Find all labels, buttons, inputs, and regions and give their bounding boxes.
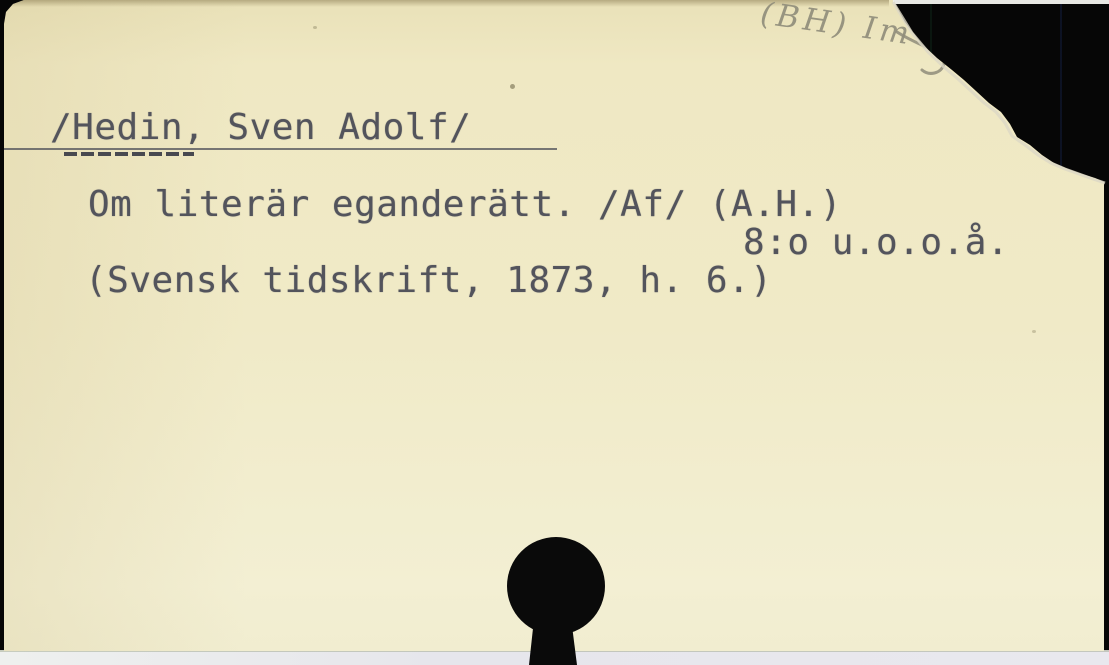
scanned-catalog-card-image: (BH) Im /Hedin, Sven Adolf/ Om literär e… [0, 0, 1109, 665]
heading-name-underline [64, 152, 194, 156]
card-format-line: 8:o u.o.o.å. [743, 225, 1009, 261]
paper-speck [1032, 330, 1036, 333]
card-heading: /Hedin, Sven Adolf/ [50, 110, 471, 146]
card-source-line: (Svensk tidskrift, 1873, h. 6.) [85, 263, 772, 299]
handwritten-annotation: (BH) Im [758, 0, 915, 53]
catalog-card: (BH) Im /Hedin, Sven Adolf/ Om literär e… [4, 0, 1104, 651]
top-edge-highlight [893, 0, 1109, 4]
scan-bottom-strip [0, 650, 1109, 665]
card-title-line: Om literär eganderätt. /Af/ (A.H.) [88, 187, 842, 223]
paper-speck [510, 84, 515, 89]
heading-rule-line [4, 148, 557, 150]
paper-speck [313, 26, 317, 29]
card-top-edge-shade [4, 0, 889, 7]
handwriting-tail-stroke [4, 0, 1104, 651]
